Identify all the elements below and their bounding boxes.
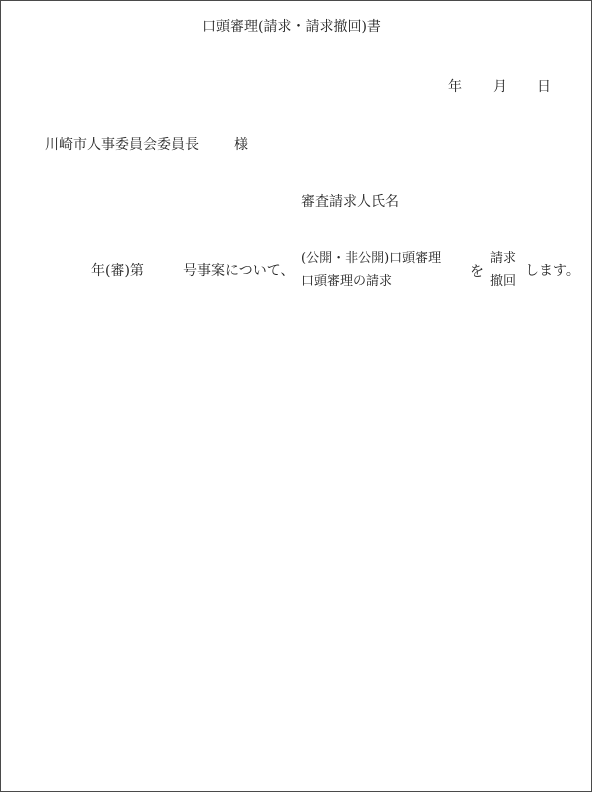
sentence-ending: します。 bbox=[525, 263, 580, 279]
case-prefix: 年(審)第 bbox=[91, 263, 144, 279]
date-month-label: 月 bbox=[493, 79, 507, 95]
particle-wo: を bbox=[470, 264, 484, 280]
addressee: 川崎市人事委員会委員長 bbox=[45, 137, 199, 153]
document-title: 口頭審理(請求・請求撤回)書 bbox=[202, 19, 381, 35]
date-day-label: 日 bbox=[537, 79, 551, 95]
case-suffix: 号事案について、 bbox=[183, 263, 294, 279]
option-request: 請求 bbox=[490, 251, 516, 267]
option-hearing-request: 口頭審理の請求 bbox=[301, 274, 392, 290]
date-year-label: 年 bbox=[448, 79, 462, 95]
honorific: 様 bbox=[234, 137, 248, 153]
requester-name-label: 審査請求人氏名 bbox=[301, 194, 399, 210]
option-public-hearing: (公開・非公開)口頭審理 bbox=[301, 251, 441, 267]
document-page: 口頭審理(請求・請求撤回)書 年 月 日 川崎市人事委員会委員長 様 審査請求人… bbox=[0, 0, 592, 792]
option-withdraw: 撤回 bbox=[490, 274, 516, 290]
